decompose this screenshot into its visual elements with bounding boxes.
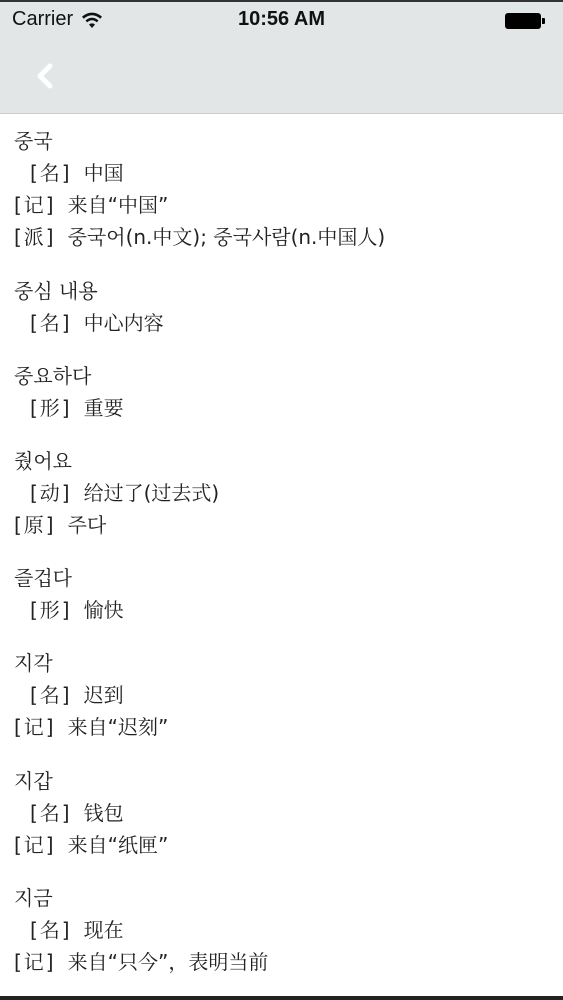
status-bar: Carrier 10:56 AM	[0, 0, 563, 40]
part-of-speech-tag: [记]	[14, 829, 56, 861]
status-time: 10:56 AM	[0, 8, 563, 31]
definition-text: 中心内容	[84, 311, 164, 335]
entry-definition-line: [形]重要	[14, 392, 124, 424]
part-of-speech-tag: [动]	[30, 477, 72, 509]
part-of-speech-tag: [名]	[30, 797, 72, 829]
entry-definition-line: [形]愉快	[14, 594, 124, 626]
definition-text: 迟到	[84, 683, 124, 707]
part-of-speech-tag: [形]	[30, 594, 72, 626]
entry-definition-line: [记]来自“迟刻”	[14, 711, 168, 743]
definition-text: 중국어(n.中文); 중국사람(n.中国人)	[68, 225, 386, 249]
entry-definition-line: [派]중국어(n.中文); 중국사람(n.中国人)	[14, 221, 385, 253]
definition-text: 给过了(过去式)	[84, 481, 220, 505]
entry-headword: 지금	[14, 882, 268, 914]
entry-headword: 중국	[14, 125, 385, 157]
entry-definition-line: [名]中国	[14, 157, 385, 189]
part-of-speech-tag: [记]	[14, 946, 56, 978]
dictionary-entry[interactable]: 중요하다[形]重要	[0, 360, 124, 424]
entry-definition-line: [名]迟到	[14, 679, 168, 711]
definition-text: 愉快	[84, 598, 124, 622]
entry-definition-line: [名]钱包	[14, 797, 168, 829]
part-of-speech-tag: [名]	[30, 914, 72, 946]
dictionary-entry[interactable]: 중국[名]中国[记]来自“中国”[派]중국어(n.中文); 중국사람(n.中国人…	[0, 125, 385, 253]
dictionary-entry[interactable]: 줬어요[动]给过了(过去式)[原]주다	[0, 445, 219, 541]
entry-definition-line: [名]现在	[14, 914, 268, 946]
dictionary-entry[interactable]: 지각[名]迟到[记]来自“迟刻”	[0, 647, 168, 743]
entry-headword: 중심 내용	[14, 275, 164, 307]
navigation-bar	[0, 40, 563, 114]
entry-definition-line: [记]来自“纸匣”	[14, 829, 168, 861]
definition-text: 现在	[84, 918, 124, 942]
definition-text: 来自“纸匣”	[68, 833, 169, 857]
entry-headword: 지각	[14, 647, 168, 679]
part-of-speech-tag: [名]	[30, 307, 72, 339]
part-of-speech-tag: [名]	[30, 157, 72, 189]
dictionary-entry[interactable]: 즐겁다[形]愉快	[0, 562, 124, 626]
definition-text: 重要	[84, 396, 124, 420]
entry-definition-line: [名]中心内容	[14, 307, 164, 339]
entry-headword: 즐겁다	[14, 562, 124, 594]
back-button[interactable]	[28, 56, 68, 96]
entry-headword: 중요하다	[14, 360, 124, 392]
dictionary-entry[interactable]: 중심 내용[名]中心内容	[0, 275, 164, 339]
entry-definition-line: [动]给过了(过去式)	[14, 477, 219, 509]
part-of-speech-tag: [名]	[30, 679, 72, 711]
part-of-speech-tag: [形]	[30, 392, 72, 424]
definition-text: 钱包	[84, 801, 124, 825]
bottom-edge	[0, 996, 563, 1000]
entry-headword: 줬어요	[14, 445, 219, 477]
definition-text: 来自“迟刻”	[68, 715, 169, 739]
entry-definition-line: [原]주다	[14, 509, 219, 541]
dictionary-entry[interactable]: 지금[名]现在[记]来自“只今”，表明当前	[0, 882, 268, 978]
dictionary-list[interactable]: 중국[名]中国[记]来自“中国”[派]중국어(n.中文); 중국사람(n.中国人…	[0, 115, 563, 1000]
part-of-speech-tag: [记]	[14, 189, 56, 221]
definition-text: 来自“只今”，表明当前	[68, 950, 269, 974]
definition-text: 주다	[68, 513, 107, 537]
definition-text: 来自“中国”	[68, 193, 169, 217]
part-of-speech-tag: [记]	[14, 711, 56, 743]
entry-headword: 지갑	[14, 765, 168, 797]
part-of-speech-tag: [派]	[14, 221, 56, 253]
entry-definition-line: [记]来自“中国”	[14, 189, 385, 221]
definition-text: 中国	[84, 161, 124, 185]
chevron-left-icon	[28, 56, 68, 96]
part-of-speech-tag: [原]	[14, 509, 56, 541]
entry-definition-line: [记]来自“只今”，表明当前	[14, 946, 268, 978]
dictionary-entry[interactable]: 지갑[名]钱包[记]来自“纸匣”	[0, 765, 168, 861]
battery-icon	[505, 13, 545, 29]
